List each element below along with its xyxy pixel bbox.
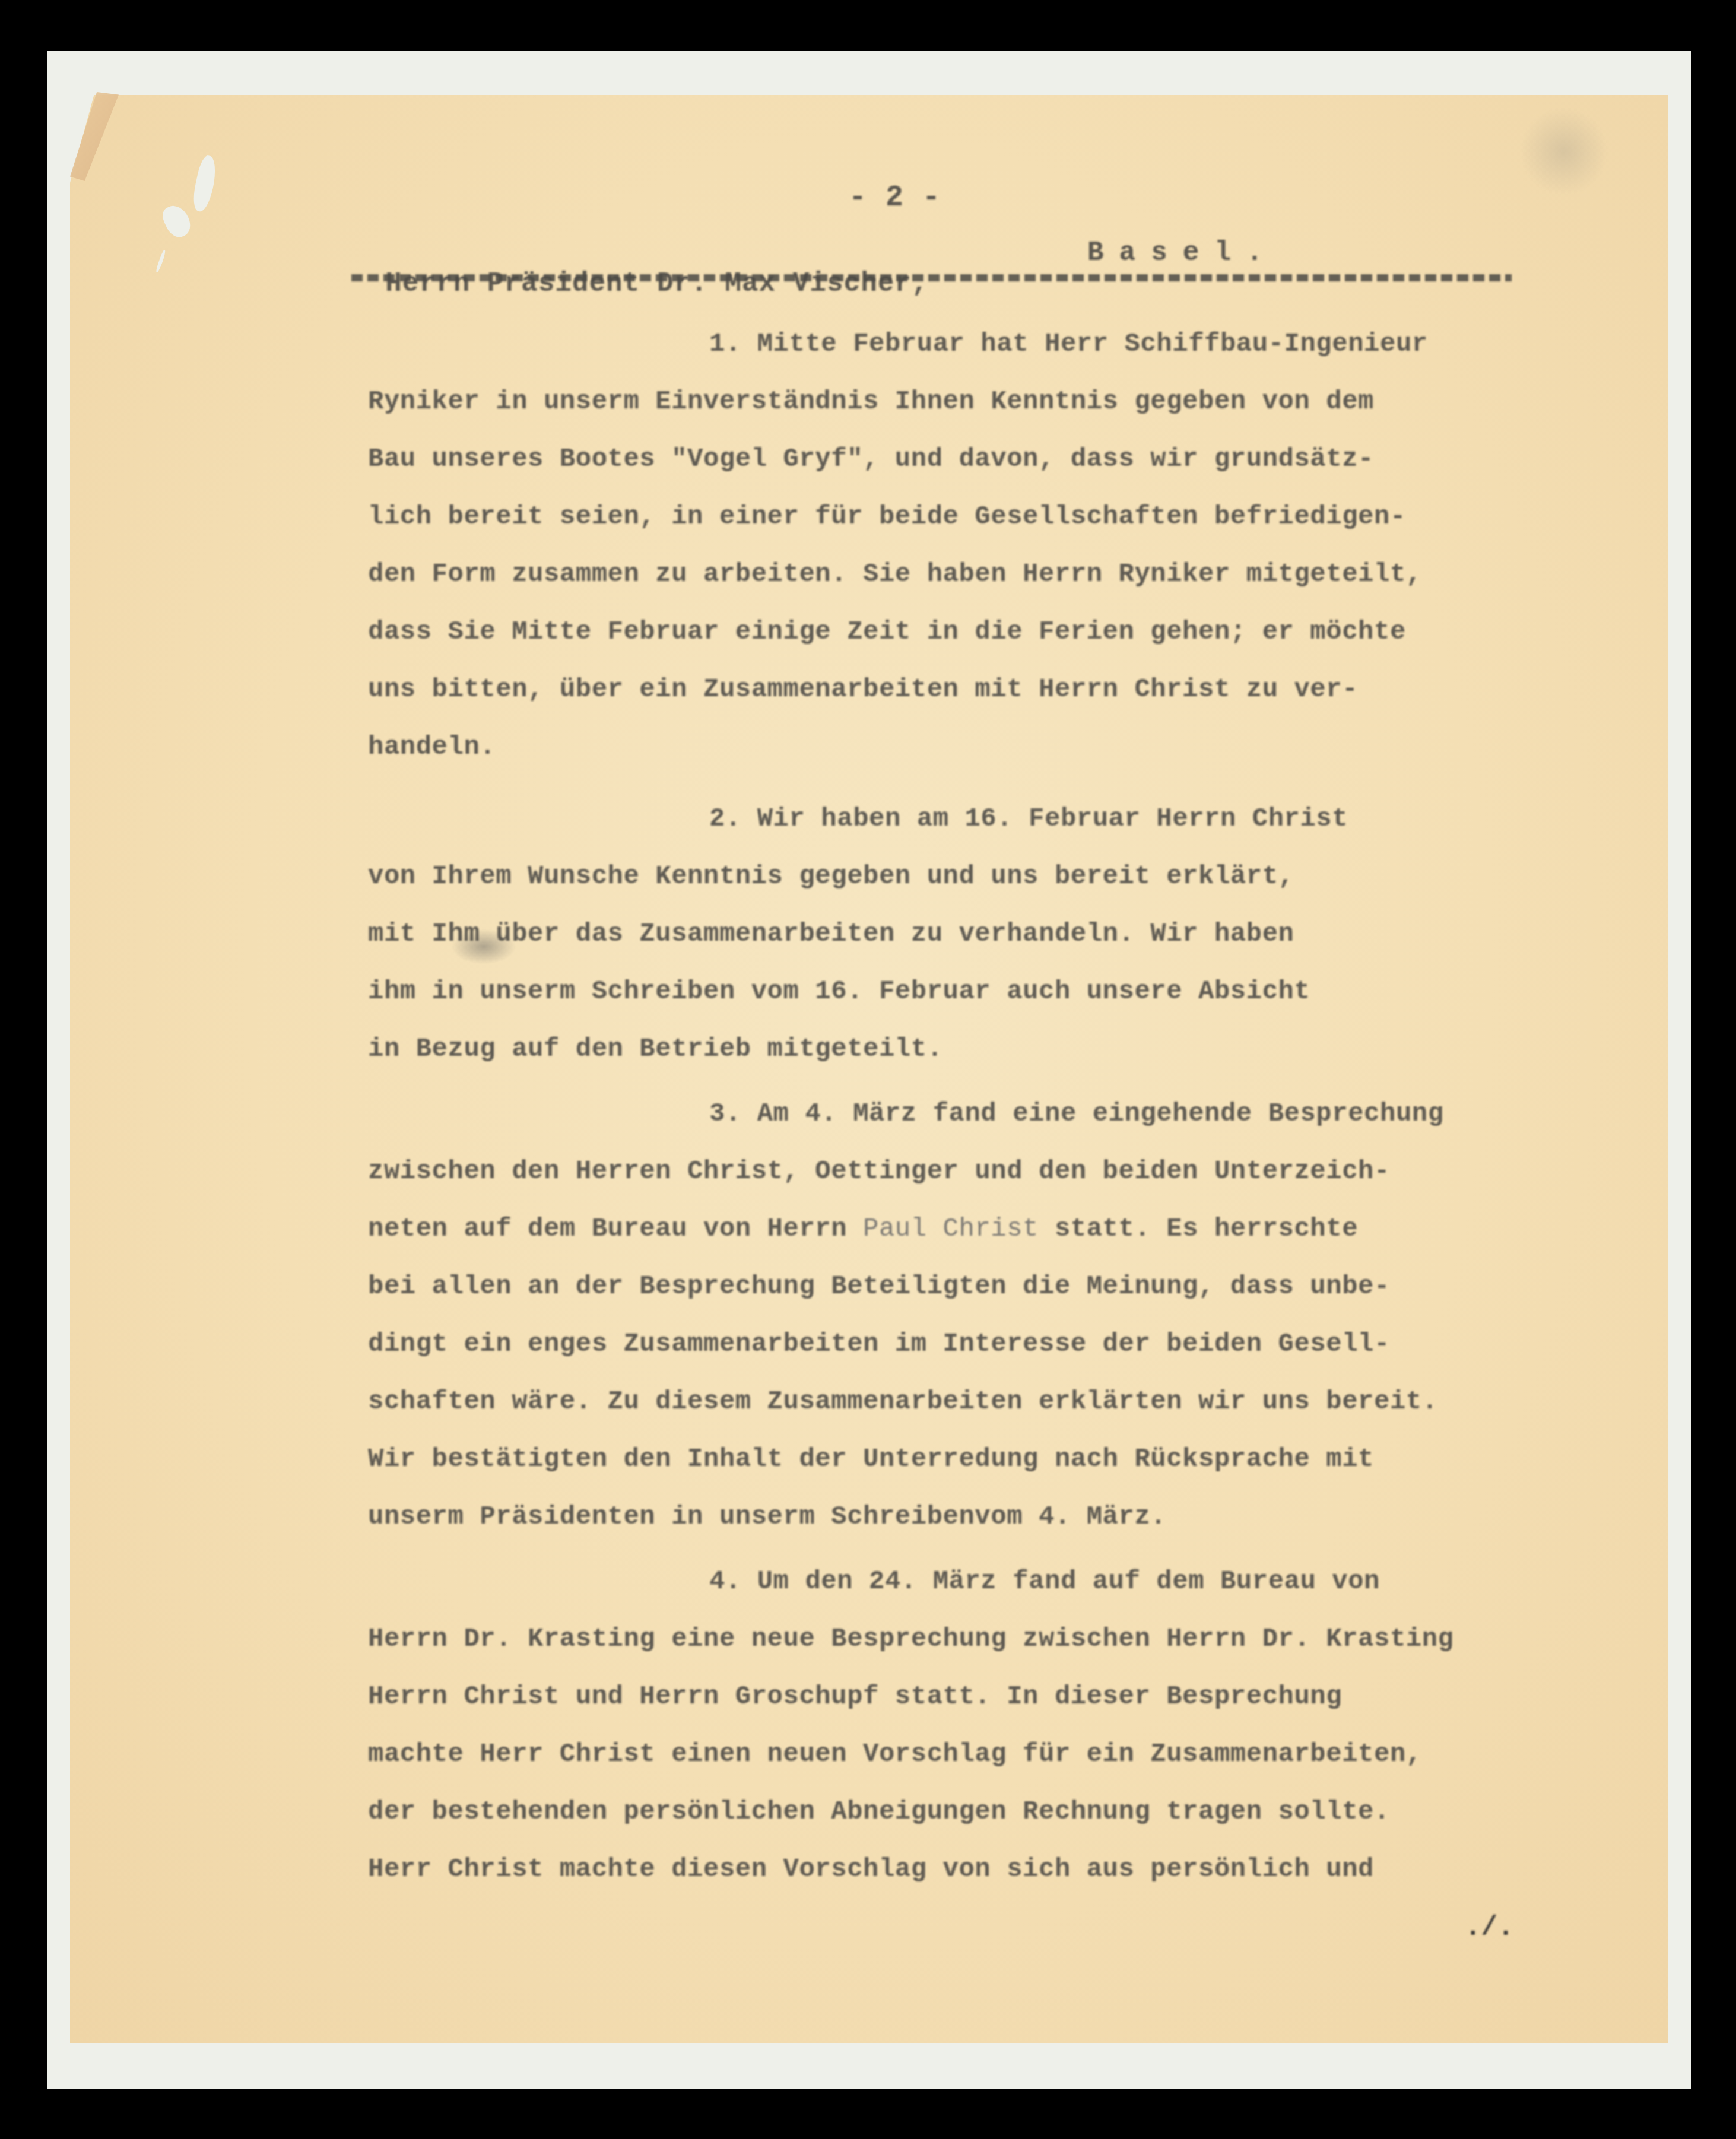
paragraph-3-line-end: statt. Es herrschte	[1039, 1214, 1358, 1244]
paragraph-3-line: Wir bestätigten den Inhalt der Unterredu…	[368, 1445, 1374, 1474]
paragraph-4-line: der bestehenden persönlichen Abneigungen…	[368, 1797, 1390, 1827]
paragraph-3-line: 3. Am 4. März fand eine eingehende Bespr…	[709, 1099, 1444, 1129]
paragraph-1-line: Bau unseres Bootes "Vogel Gryf", und dav…	[368, 445, 1374, 474]
paragraph-4-line: machte Herr Christ einen neuen Vorschlag…	[368, 1740, 1422, 1769]
continuation-mark: ./.	[1465, 1912, 1514, 1943]
paragraph-3-line: neten auf dem Bureau von Herrn Paul Chri…	[368, 1214, 1358, 1244]
addressee-name: Herrn Präsident Dr. Max Vischer,	[385, 268, 928, 299]
paragraph-2-line: ihm in unserm Schreiben vom 16. Februar …	[368, 977, 1310, 1007]
paragraph-3-line-start: neten auf dem Bureau von Herrn	[368, 1214, 863, 1244]
paragraph-4-line: Herrn Christ und Herrn Groschupf statt. …	[368, 1682, 1342, 1712]
dashed-separator-rule	[351, 274, 1512, 281]
paper-stain	[1519, 107, 1608, 196]
paragraph-1-line: den Form zusammen zu arbeiten. Sie haben…	[368, 560, 1422, 589]
paragraph-1-line: handeln.	[368, 732, 496, 762]
paragraph-2-line: in Bezug auf den Betrieb mitgeteilt.	[368, 1034, 943, 1064]
paragraph-4-line: Herr Christ machte diesen Vorschlag von …	[368, 1855, 1374, 1884]
paragraph-2-line: mit Ihm über das Zusammenarbeiten zu ver…	[368, 919, 1294, 949]
paragraph-2-line: von Ihrem Wunsche Kenntnis gegeben und u…	[368, 862, 1294, 891]
paragraph-1-line: uns bitten, über ein Zusammenarbeiten mi…	[368, 675, 1358, 704]
page-number: - 2 -	[849, 181, 941, 215]
typed-insertion-name: Paul Christ	[863, 1214, 1039, 1244]
paragraph-4-line: 4. Um den 24. März fand auf dem Bureau v…	[709, 1567, 1380, 1597]
paragraph-3-line: bei allen an der Besprechung Beteiligten…	[368, 1272, 1390, 1302]
paragraph-1-line: dass Sie Mitte Februar einige Zeit in di…	[368, 617, 1406, 647]
addressee-line: Herrn Präsident Dr. Max Vischer, Basel.	[351, 237, 929, 330]
paragraph-4-line: Herrn Dr. Krasting eine neue Besprechung…	[368, 1624, 1454, 1654]
paragraph-1-line: lich bereit seien, in einer für beide Ge…	[368, 502, 1406, 532]
paragraph-3-line: unserm Präsidenten in unserm Schreibenvo…	[368, 1502, 1166, 1532]
paragraph-3-line: schaften wäre. Zu diesem Zusammenarbeite…	[368, 1387, 1438, 1417]
addressee-city: Basel.	[1087, 237, 1278, 268]
paragraph-3-line: zwischen den Herren Christ, Oettinger un…	[368, 1157, 1390, 1186]
paragraph-2-line: 2. Wir haben am 16. Februar Herrn Christ	[709, 804, 1348, 834]
paragraph-3-line: dingt ein enges Zusammenarbeiten im Inte…	[368, 1329, 1390, 1359]
paragraph-1-line: 1. Mitte Februar hat Herr Schiffbau-Inge…	[709, 329, 1428, 359]
paragraph-1-line: Ryniker in unserm Einverständnis Ihnen K…	[368, 387, 1374, 417]
